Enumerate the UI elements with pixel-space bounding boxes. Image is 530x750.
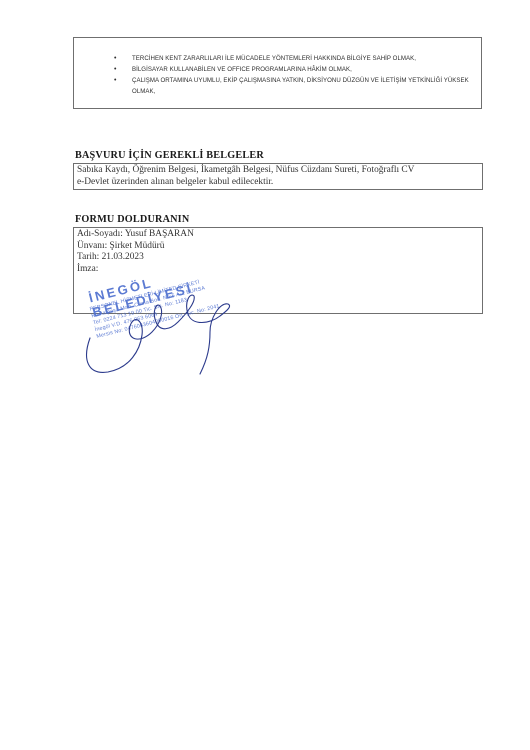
requirement-item: •BİLGİSAYAR KULLANABİLEN VE OFFICE PROGR… [114, 64, 477, 75]
requirements-list: •TERCİHEN KENT ZARARLILARI İLE MÜCADELE … [114, 53, 477, 97]
requirement-item: •TERCİHEN KENT ZARARLILARI İLE MÜCADELE … [114, 53, 477, 64]
bullet-icon: • [114, 64, 117, 75]
filler-title: Ünvanı: Şirket Müdürü [77, 241, 479, 253]
documents-section-title: BAŞVURU İÇİN GEREKLİ BELGELER [75, 150, 264, 161]
bullet-icon: • [114, 53, 117, 64]
requirement-item: •ÇALIŞMA ORTAMINA UYUMLU, EKİP ÇALIŞMASI… [114, 75, 477, 97]
requirements-box: •TERCİHEN KENT ZARARLILARI İLE MÜCADELE … [73, 37, 482, 109]
documents-line: Sabıka Kaydı, Öğrenim Belgesi, İkametgâh… [77, 165, 479, 177]
documents-note: e-Devlet üzerinden alınan belgeler kabul… [77, 177, 479, 189]
filler-section-title: FORMU DOLDURANIN [75, 214, 189, 225]
filler-name: Adı-Soyadı: Yusuf BAŞARAN [77, 229, 479, 241]
required-documents-box: Sabıka Kaydı, Öğrenim Belgesi, İkametgâh… [73, 163, 483, 190]
bullet-icon: • [114, 75, 117, 86]
document-page: •TERCİHEN KENT ZARARLILARI İLE MÜCADELE … [0, 0, 530, 750]
